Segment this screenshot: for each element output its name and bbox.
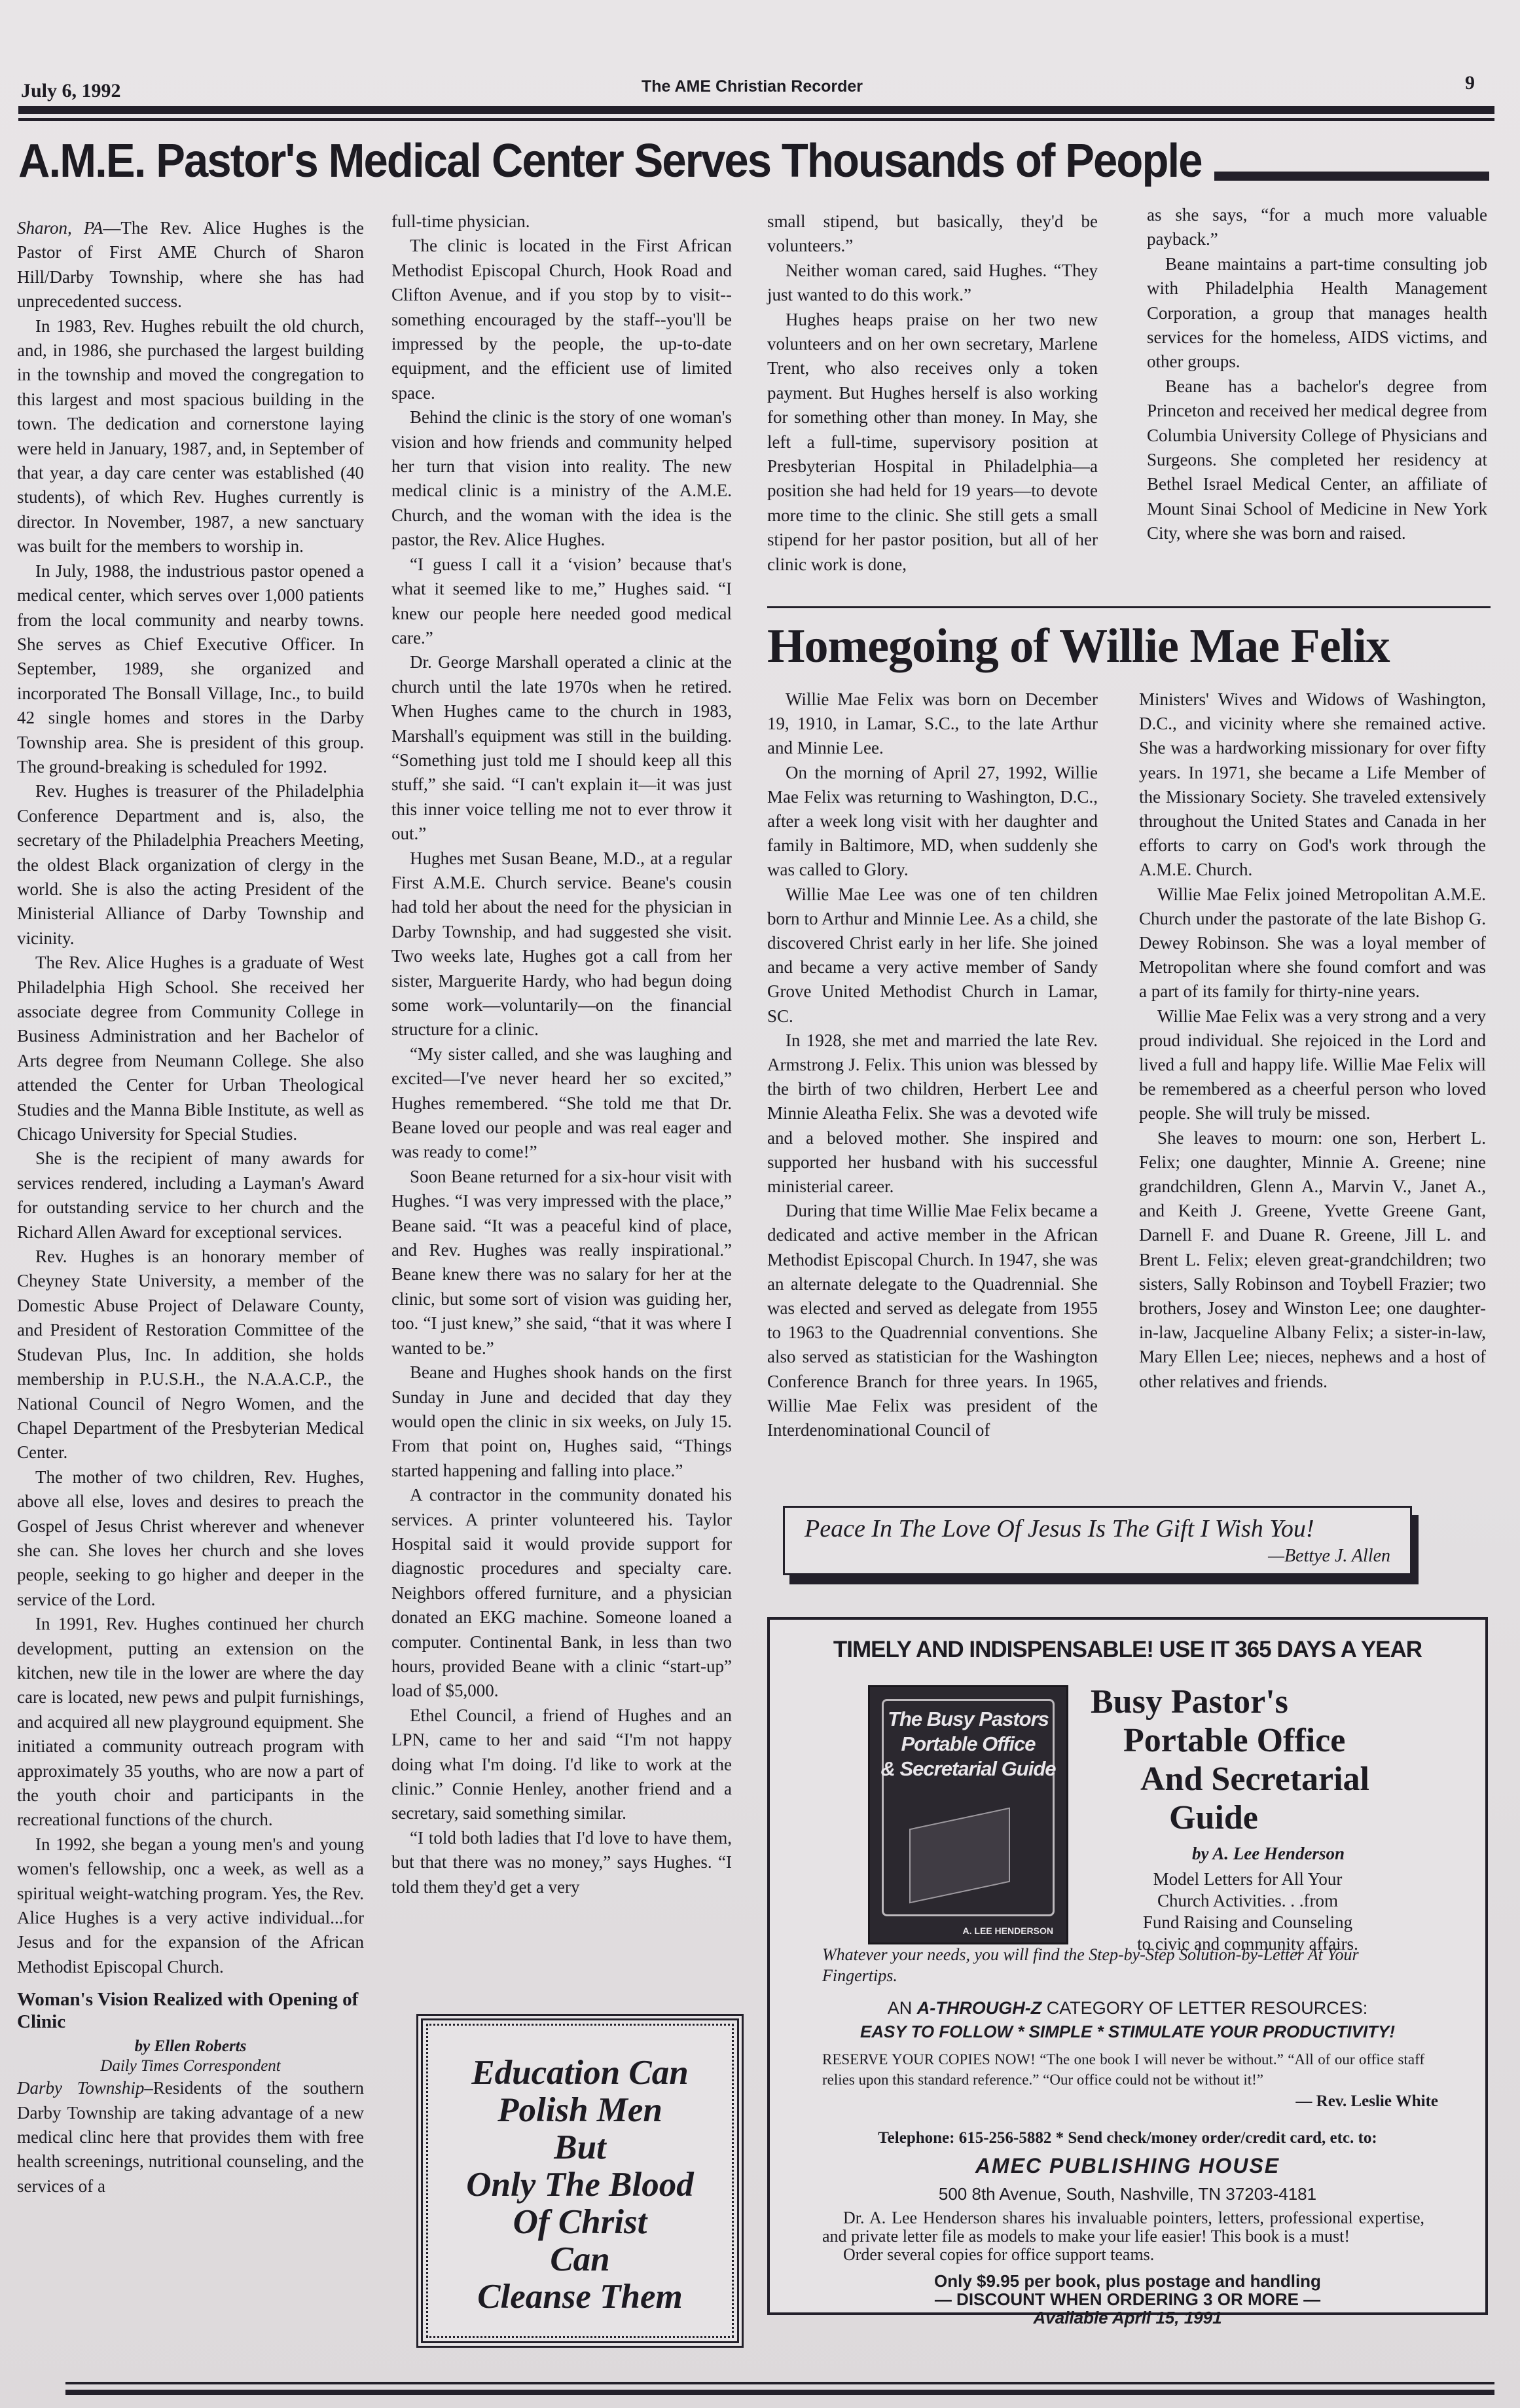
book-cover-title: The Busy Pastors Portable Office & Secre… <box>877 1707 1060 1781</box>
education-quote-text: Education Can Polish Men But Only The Bl… <box>423 2054 737 2316</box>
ad-features: EASY TO FOLLOW * SIMPLE * STIMULATE YOUR… <box>770 2022 1485 2042</box>
article-paragraph: On the morning of April 27, 1992, Willie… <box>767 761 1098 883</box>
education-quote-box: Education Can Polish Men But Only The Bl… <box>416 2014 744 2348</box>
footer-rule-thick <box>65 2390 1494 2395</box>
homegoing-column-2: Ministers' Wives and Widows of Washingto… <box>1139 687 1486 1394</box>
article-paragraph: Dr. George Marshall operated a clinic at… <box>391 650 732 846</box>
main-headline: A.M.E. Pastor's Medical Center Serves Th… <box>18 134 1202 188</box>
article-paragraph: Darby Township–Residents of the southern… <box>17 2076 364 2198</box>
book-title: Busy Pastor's Portable Office And Secret… <box>1091 1683 1431 1837</box>
article-paragraph: Soon Beane returned for a six-hour visit… <box>391 1165 732 1360</box>
book-advertisement: TIMELY AND INDISPENSABLE! USE IT 365 DAY… <box>767 1617 1488 2315</box>
article-paragraph: She leaves to mourn: one son, Herbert L.… <box>1139 1126 1486 1394</box>
article-paragraph: Behind the clinic is the story of one wo… <box>391 405 732 552</box>
article-paragraph: full-time physician. <box>391 210 732 234</box>
byline-title: Daily Times Correspondent <box>17 2056 364 2076</box>
peace-quote-text: Peace In The Love Of Jesus Is The Gift I… <box>805 1514 1314 1543</box>
newspaper-page: July 6, 1992 The AME Christian Recorder … <box>0 0 1520 2408</box>
homegoing-column-1: Willie Mae Felix was born on December 19… <box>767 687 1098 1442</box>
footer-rule-thin <box>65 2382 1494 2384</box>
article-paragraph: During that time Willie Mae Felix became… <box>767 1199 1098 1442</box>
article-paragraph: Rev. Hughes is treasurer of the Philadel… <box>17 779 364 951</box>
article-paragraph: “My sister called, and she was laughing … <box>391 1042 732 1165</box>
article-paragraph: small stipend, but basically, they'd be … <box>767 210 1098 259</box>
sub-article-headline: Woman's Vision Realized with Opening of … <box>17 1988 364 2033</box>
ad-phone-line: Telephone: 615-256-5882 * Send check/mon… <box>770 2129 1485 2147</box>
section-divider <box>767 606 1491 608</box>
header-rule-thin <box>18 118 1494 121</box>
ad-body: Dr. A. Lee Henderson shares his invaluab… <box>822 2209 1424 2264</box>
article-paragraph: The mother of two children, Rev. Hughes,… <box>17 1465 364 1612</box>
sub-dateline: Darby Township <box>17 2078 144 2098</box>
peace-quote-author: —Bettye J. Allen <box>1268 1546 1390 1567</box>
book-cover-image: The Busy Pastors Portable Office & Secre… <box>868 1685 1068 1944</box>
article-column-1: Sharon, PA—The Rev. Alice Hughes is the … <box>17 216 364 2198</box>
header-rule-thick <box>18 106 1494 114</box>
peace-quote-box: Peace In The Love Of Jesus Is The Gift I… <box>783 1506 1412 1575</box>
article-paragraph: Hughes met Susan Beane, M.D., at a regul… <box>391 847 732 1042</box>
publication-name: The AME Christian Recorder <box>642 77 863 96</box>
issue-date: July 6, 1992 <box>21 80 121 102</box>
article-paragraph: Hughes heaps praise on her two new volun… <box>767 308 1098 577</box>
headline-rule <box>1214 172 1489 181</box>
article-paragraph: Willie Mae Felix joined Metropolitan A.M… <box>1139 883 1486 1004</box>
article-column-4: as she says, “for a much more valuable p… <box>1147 203 1487 546</box>
article-paragraph: Ministers' Wives and Widows of Washingto… <box>1139 687 1486 883</box>
article-paragraph: In 1983, Rev. Hughes rebuilt the old chu… <box>17 314 364 559</box>
ad-category-line: AN A-THROUGH-Z CATEGORY OF LETTER RESOUR… <box>770 1998 1485 2018</box>
article-paragraph: The Rev. Alice Hughes is a graduate of W… <box>17 951 364 1146</box>
ad-tagline: Whatever your needs, you will find the S… <box>822 1944 1424 1986</box>
ad-banner: TIMELY AND INDISPENSABLE! USE IT 365 DAY… <box>770 1637 1485 1663</box>
article-paragraph: She is the recipient of many awards for … <box>17 1146 364 1245</box>
article-paragraph: The clinic is located in the First Afric… <box>391 234 732 405</box>
article-paragraph: Beane maintains a part-time consulting j… <box>1147 252 1487 374</box>
article-paragraph: “I guess I call it a ‘vision’ because th… <box>391 553 732 651</box>
article-paragraph: Rev. Hughes is an honorary member of Che… <box>17 1245 364 1465</box>
article-paragraph: Willie Mae Lee was one of ten children b… <box>767 883 1098 1029</box>
homegoing-headline: Homegoing of Willie Mae Felix <box>767 619 1390 674</box>
article-column-3: small stipend, but basically, they'd be … <box>767 210 1098 577</box>
article-paragraph: “I told both ladies that I'd love to hav… <box>391 1826 732 1899</box>
article-paragraph: Neither woman cared, said Hughes. “They … <box>767 259 1098 308</box>
book-author: by A. Lee Henderson <box>1192 1844 1345 1864</box>
article-paragraph: as she says, “for a much more valuable p… <box>1147 203 1487 252</box>
article-paragraph: Willie Mae Felix was a very strong and a… <box>1139 1004 1486 1126</box>
article-paragraph: Willie Mae Felix was born on December 19… <box>767 687 1098 761</box>
publisher-address: 500 8th Avenue, South, Nashville, TN 372… <box>770 2184 1485 2204</box>
article-paragraph: In 1928, she met and married the late Re… <box>767 1029 1098 1199</box>
article-paragraph: In July, 1988, the industrious pastor op… <box>17 559 364 780</box>
publisher-name: AMEC PUBLISHING HOUSE <box>770 2154 1485 2178</box>
page-number: 9 <box>1465 72 1475 94</box>
book-cover-author: A. LEE HENDERSON <box>963 1925 1053 1936</box>
article-paragraph: In 1991, Rev. Hughes continued her churc… <box>17 1612 364 1833</box>
byline: by Ellen Roberts <box>17 2037 364 2056</box>
article-paragraph: Sharon, PA—The Rev. Alice Hughes is the … <box>17 216 364 314</box>
ad-testimonials: RESERVE YOUR COPIES NOW! “The one book I… <box>822 2049 1424 2090</box>
article-paragraph: Ethel Council, a friend of Hughes and an… <box>391 1704 732 1826</box>
article-paragraph: A contractor in the community donated hi… <box>391 1483 732 1704</box>
book-description: Model Letters for All Your Church Activi… <box>1084 1869 1411 1955</box>
testimonial-author: — Rev. Leslie White <box>1295 2092 1438 2111</box>
article-column-2: full-time physician. The clinic is locat… <box>391 210 732 1899</box>
dateline: Sharon, PA <box>17 218 103 238</box>
article-paragraph: Beane has a bachelor's degree from Princ… <box>1147 374 1487 546</box>
article-paragraph: Beane and Hughes shook hands on the firs… <box>391 1360 732 1483</box>
article-paragraph: In 1992, she began a young men's and you… <box>17 1833 364 1979</box>
ad-pricing: Only $9.95 per book, plus postage and ha… <box>770 2272 1485 2327</box>
